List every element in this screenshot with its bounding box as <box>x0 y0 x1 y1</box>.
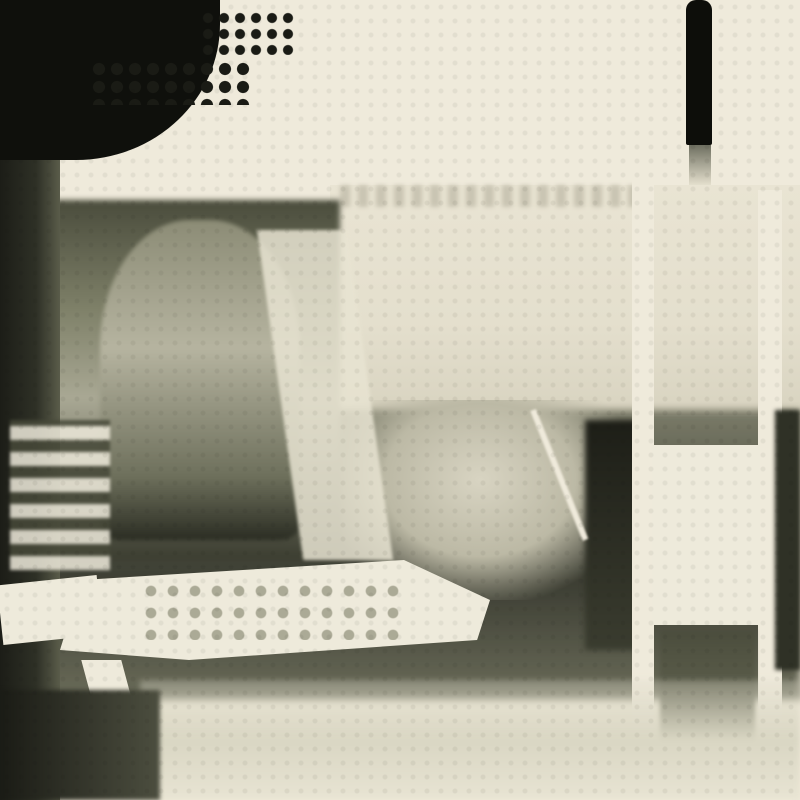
film-grain <box>0 0 800 800</box>
photo-scene <box>0 0 800 800</box>
